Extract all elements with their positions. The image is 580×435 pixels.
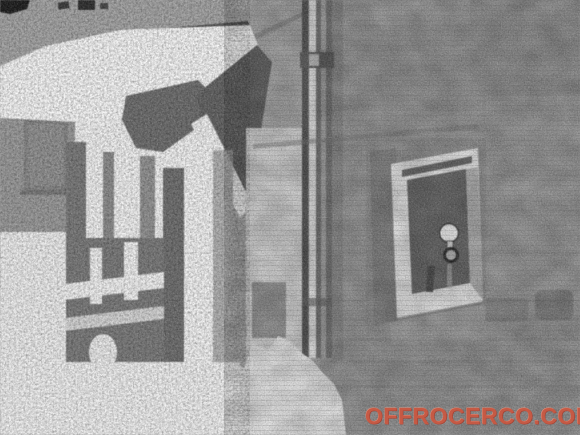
scanline-overlay <box>228 0 580 435</box>
photo-frame: OFFROCERCO.COM <box>0 0 580 435</box>
scene-canvas <box>0 0 580 435</box>
dither-noise <box>0 0 580 435</box>
watermark: OFFROCERCO.COM <box>365 403 575 431</box>
